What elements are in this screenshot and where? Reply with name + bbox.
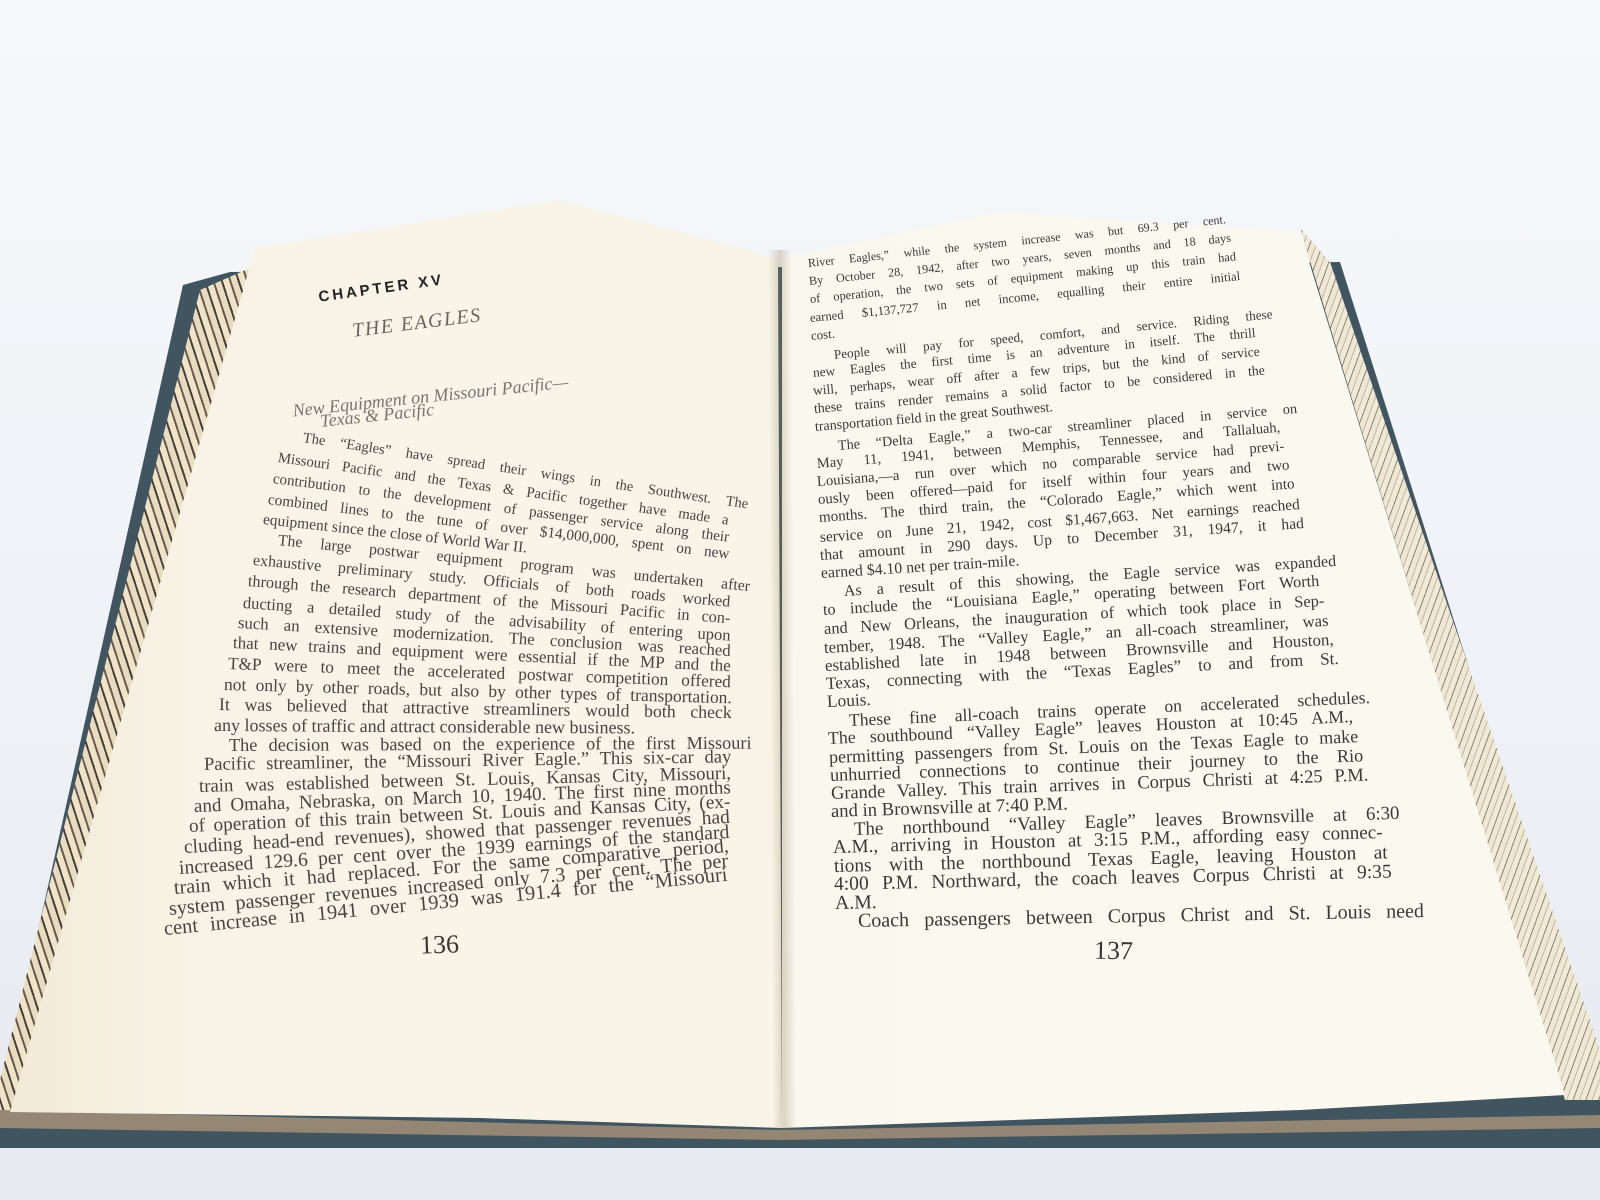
- book-gutter: [768, 250, 797, 1130]
- book-photo: CHAPTER XV THE EAGLES New Equipment on M…: [0, 0, 1600, 1200]
- page-number-right: 137: [1094, 936, 1134, 967]
- page-number-left: 136: [419, 929, 459, 960]
